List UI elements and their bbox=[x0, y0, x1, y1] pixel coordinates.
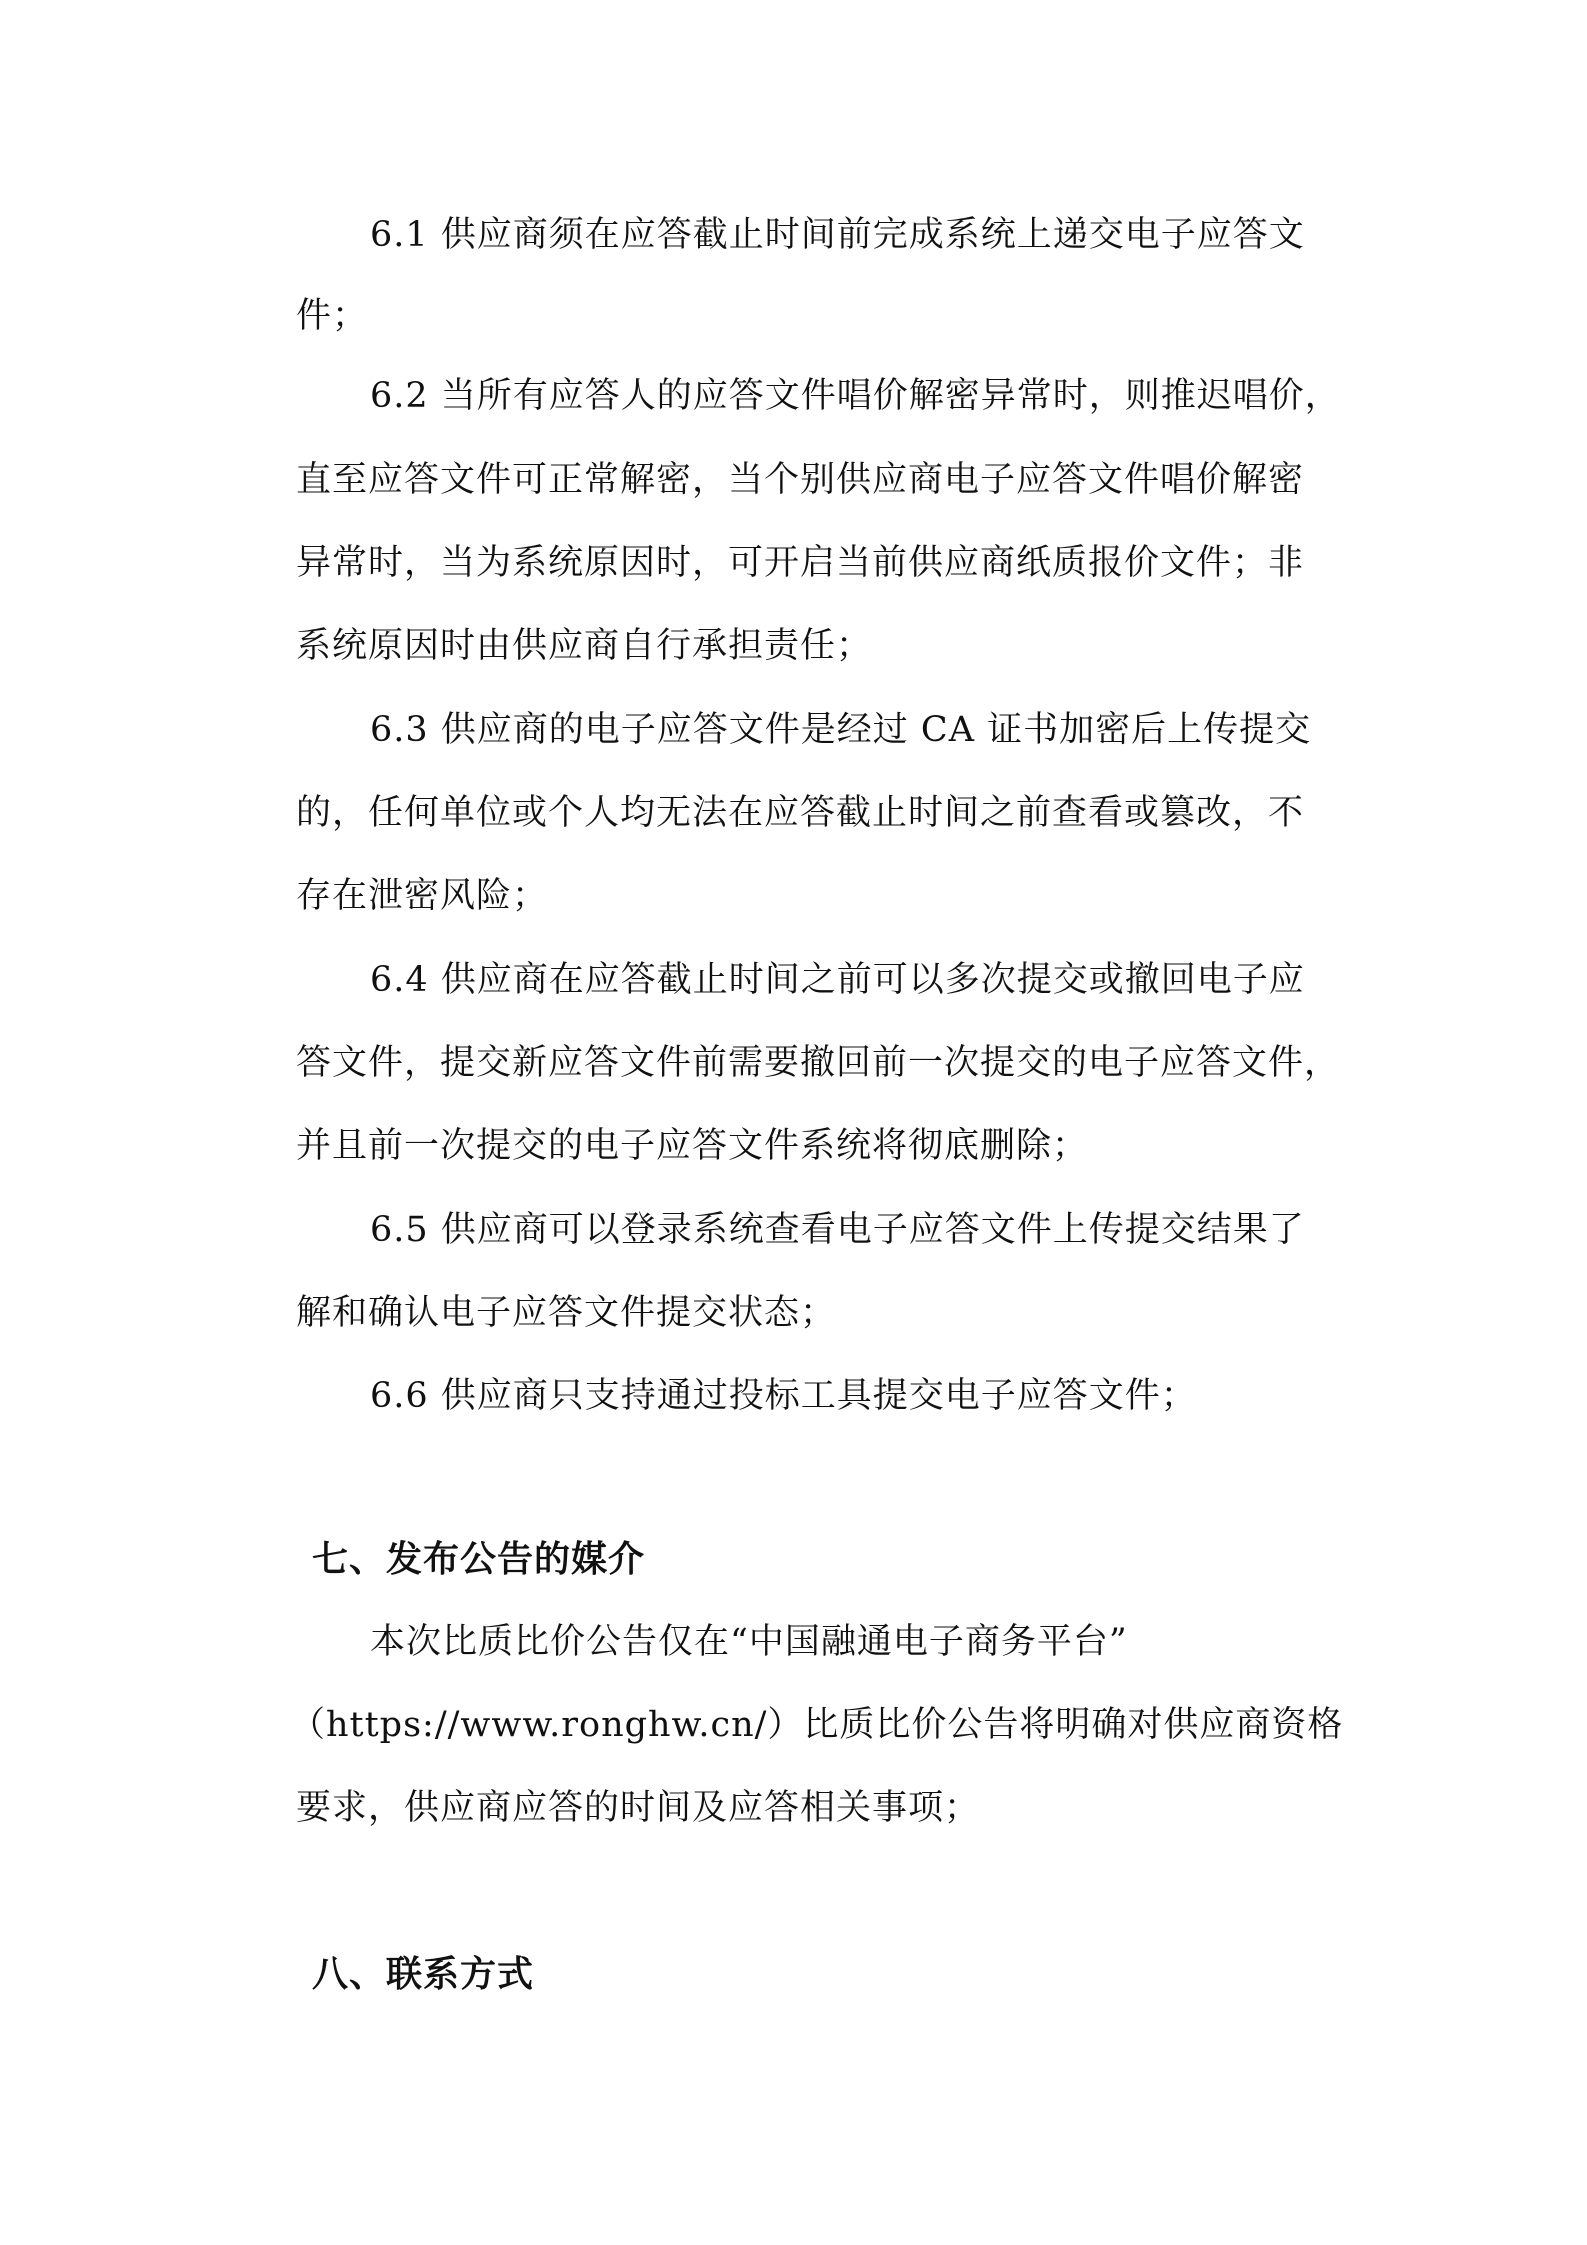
clause-6-5-line-2: 解和确认电子应答文件提交状态； bbox=[296, 1293, 836, 1333]
clause-6-4-line-3: 并且前一次提交的电子应答文件系统将彻底删除； bbox=[296, 1126, 1088, 1166]
clause-6-2-line-4: 系统原因时由供应商自行承担责任； bbox=[296, 626, 872, 666]
clause-6-3-line-2: 的，任何单位或个人均无法在应答截止时间之前查看或篡改，不 bbox=[296, 793, 1304, 833]
clause-6-3-line-3: 存在泄密风险； bbox=[296, 876, 548, 916]
clause-6-2-line-2: 直至应答文件可正常解密，当个别供应商电子应答文件唱价解密 bbox=[296, 460, 1304, 500]
clause-6-4-line-2: 答文件，提交新应答文件前需要撤回前一次提交的电子应答文件， bbox=[296, 1043, 1340, 1083]
clause-6-5-line-1: 6.5 供应商可以登录系统查看电子应答文件上传提交结果了 bbox=[370, 1210, 1305, 1250]
section-7-line-1: 本次比质比价公告仅在“中国融通电子商务平台” bbox=[370, 1622, 1128, 1662]
clause-6-4-line-1: 6.4 供应商在应答截止时间之前可以多次提交或撤回电子应 bbox=[370, 960, 1305, 1000]
section-8-heading: 八、联系方式 bbox=[312, 1955, 534, 1995]
clause-6-3-line-1: 6.3 供应商的电子应答文件是经过 CA 证书加密后上传提交 bbox=[370, 710, 1311, 750]
clause-6-1-line-1: 6.1 供应商须在应答截止时间前完成系统上递交电子应答文 bbox=[370, 215, 1305, 255]
section-7-line-3: 要求，供应商应答的时间及应答相关事项； bbox=[296, 1788, 980, 1828]
document-page: 6.1 供应商须在应答截止时间前完成系统上递交电子应答文 件； 6.2 当所有应… bbox=[0, 0, 1587, 2245]
clause-6-1-line-2: 件； bbox=[296, 296, 368, 336]
clause-6-2-line-1: 6.2 当所有应答人的应答文件唱价解密异常时，则推迟唱价， bbox=[370, 376, 1341, 416]
section-7-line-2: （https://www.ronghw.cn/）比质比价公告将明确对供应商资格 bbox=[290, 1705, 1343, 1745]
clause-6-6-line-1: 6.6 供应商只支持通过投标工具提交电子应答文件； bbox=[370, 1376, 1197, 1416]
section-7-heading: 七、发布公告的媒介 bbox=[312, 1540, 645, 1580]
clause-6-2-line-3: 异常时，当为系统原因时，可开启当前供应商纸质报价文件；非 bbox=[296, 543, 1304, 583]
